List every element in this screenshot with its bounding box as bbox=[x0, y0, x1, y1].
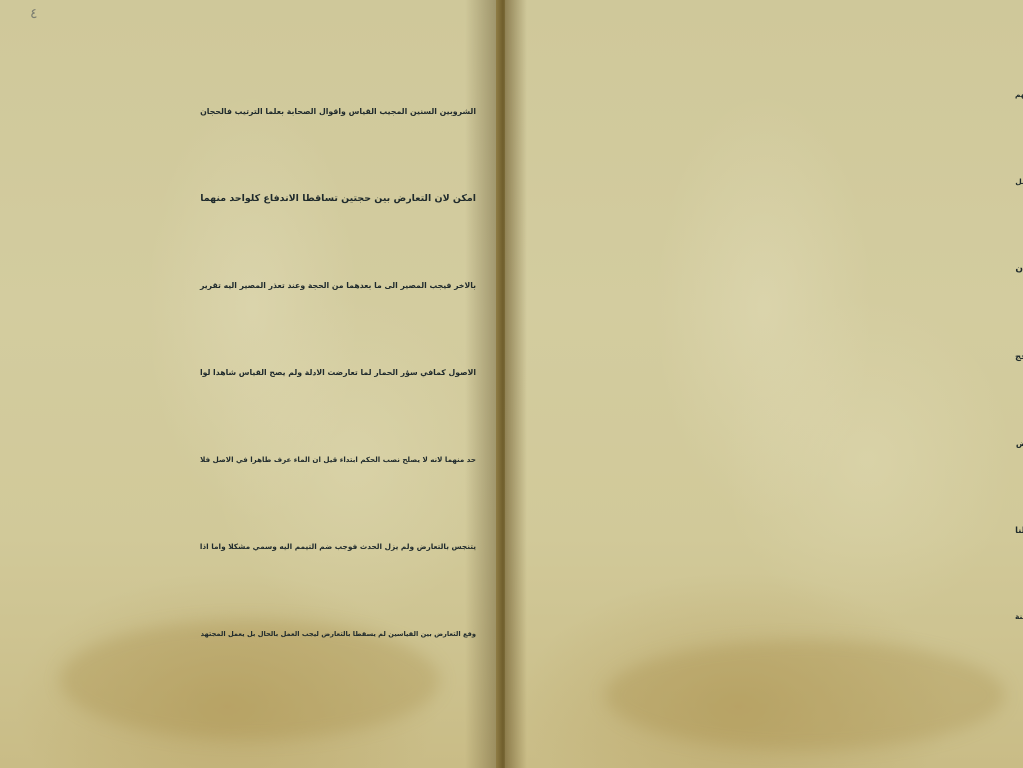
folio-number: ٤ bbox=[30, 6, 38, 22]
text-line: امكن لان التعارض بين حجتين تساقطا الاندف… bbox=[200, 179, 476, 266]
line-text: دون التعصب والعداوة من ائمة الحديث فصل ف… bbox=[1015, 351, 1023, 361]
manuscript-spread: ٤ الشروبين السنين المجيب القياس واقوال ا… bbox=[0, 0, 1023, 768]
text-line: الطعن المبهم لا يوجب جرحا في الراوي كما … bbox=[1015, 162, 1023, 249]
text-line-with-rubric: دون التعصب والعداوة من ائمة الحديث فصل ف… bbox=[1015, 336, 1023, 423]
water-stain bbox=[605, 640, 1005, 750]
left-page: ٤ الشروبين السنين المجيب القياس واقوال ا… bbox=[0, 0, 505, 768]
text-line: بينهما لجهلنا بالناسخ من المنسوخ وحكم ال… bbox=[1015, 597, 1023, 684]
text-line: حد منهما لانه لا يصلح نصب الحكم ابتداء ق… bbox=[200, 440, 476, 527]
text-line: فيه لان ذلك من امارة العجز تعالى الله عن… bbox=[1015, 510, 1023, 597]
left-page-text: الشروبين السنين المجيب القياس واقوال الص… bbox=[200, 92, 476, 701]
right-page: بنفسه وهو لا يذكرها فقال ابو يوسف لا يقب… bbox=[505, 0, 1023, 768]
text-line: الا اذا وقع مفسرا بما هو جرح متفق عليه م… bbox=[1015, 249, 1023, 336]
text-line: يتنجس بالتعارض ولم يزل الحدث فوجب ضم الت… bbox=[200, 527, 476, 614]
right-page-text: بنفسه وهو لا يذكرها فقال ابو يوسف لا يقب… bbox=[1015, 75, 1023, 684]
text-line: بالاخر فيجب المصير الى ما بعدهما من الحج… bbox=[200, 266, 476, 353]
text-line: الاصول كمافي سؤر الحمار لما تعارضت الادل… bbox=[200, 353, 476, 440]
text-line: الشروبين السنين المجيب القياس واقوال الص… bbox=[200, 92, 476, 179]
text-line: بنفسه وهو لا يذكرها فقال ابو يوسف لا يقب… bbox=[1015, 75, 1023, 162]
text-line: التي سبق ذكرها من الكتاب والسنة لا تعارض… bbox=[1015, 423, 1023, 510]
text-line: وقع التعارض بين القياسين لم يسقطا بالتعا… bbox=[200, 614, 476, 701]
